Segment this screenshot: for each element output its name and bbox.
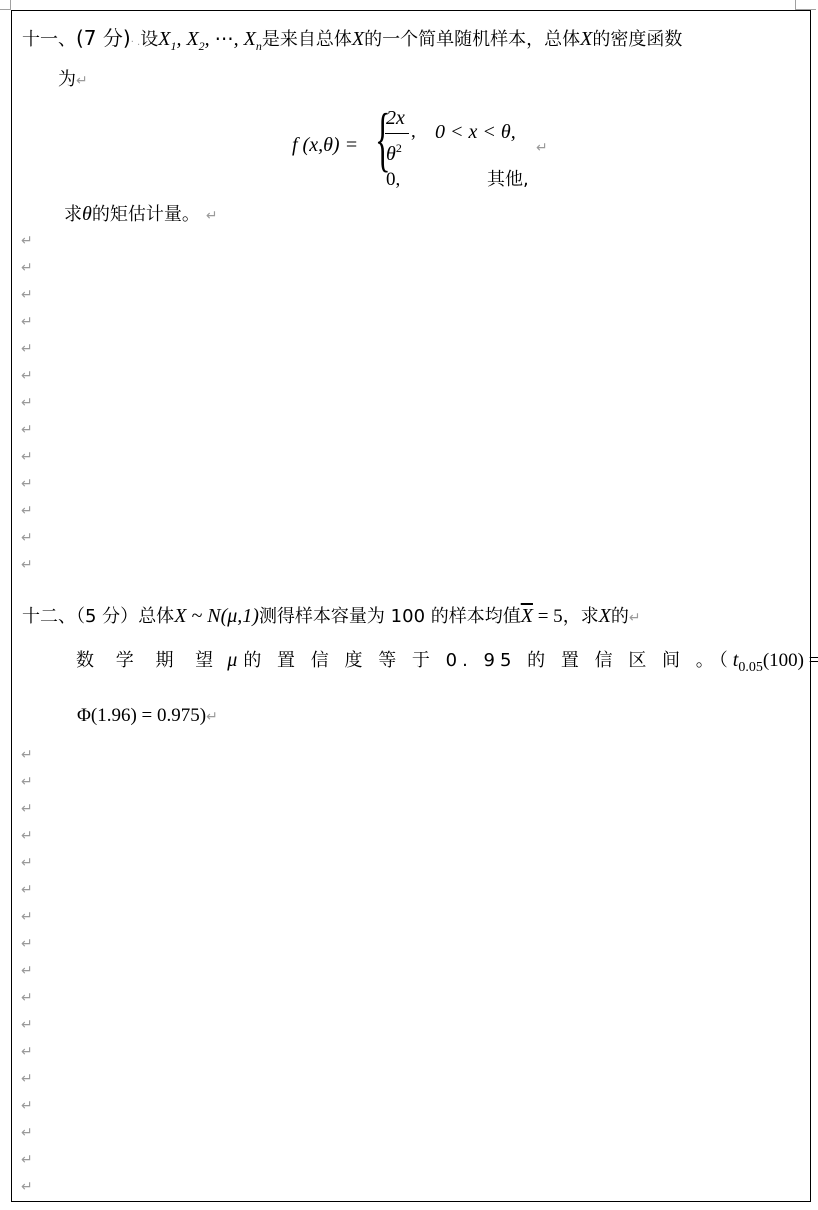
q11-text: 求 bbox=[64, 204, 82, 225]
empty-paragraph-mark: ↵ bbox=[21, 937, 33, 951]
q12-points: （5 分） bbox=[76, 606, 138, 627]
q12-text: 的 bbox=[611, 606, 629, 627]
empty-paragraph-mark: ↵ bbox=[21, 802, 33, 816]
empty-paragraph-mark: ↵ bbox=[21, 504, 33, 518]
q11-text: 的密度函数 bbox=[592, 29, 682, 50]
empty-paragraph-mark: ↵ bbox=[21, 288, 33, 302]
q12-number: 十二、 bbox=[22, 606, 76, 627]
comma: , bbox=[411, 120, 416, 144]
q11-line-2: 为↵ bbox=[58, 67, 88, 93]
fraction-bar bbox=[385, 133, 409, 134]
empty-paragraph-mark: ↵ bbox=[21, 261, 33, 275]
empty-paragraph-mark: ↵ bbox=[21, 910, 33, 924]
case1-condition: 0 < x < θ, bbox=[435, 120, 516, 144]
q11-number: 十一、 bbox=[22, 29, 76, 50]
q12-line-3: Φ(1.96) = 0.975)↵ bbox=[77, 703, 218, 729]
q12-text: 数 学 期 望 bbox=[76, 650, 221, 671]
sample-x1: X1, X2, ⋯, Xn bbox=[158, 28, 262, 50]
empty-paragraph-mark: ↵ bbox=[21, 423, 33, 437]
empty-paragraph-mark: ↵ bbox=[21, 991, 33, 1005]
distribution: X ~ N(μ,1) bbox=[174, 605, 259, 627]
q11-text: 是来自总体 bbox=[262, 29, 352, 50]
q12-text: ，求 bbox=[563, 606, 599, 627]
crop-mark-top-left bbox=[0, 0, 11, 10]
empty-paragraph-mark: ↵ bbox=[21, 315, 33, 329]
empty-paragraph-mark: ↵ bbox=[21, 450, 33, 464]
q11-text: 的矩估计量。 bbox=[92, 204, 200, 225]
mu: μ bbox=[227, 649, 237, 671]
t-value: (100) = 1.99, bbox=[763, 650, 818, 671]
phi-value: Φ(1.96) = 0.975) bbox=[77, 705, 206, 726]
empty-paragraph-mark: ↵ bbox=[21, 531, 33, 545]
q12-text: 总体 bbox=[138, 606, 174, 627]
q11-text: 设 bbox=[140, 29, 158, 50]
dots: · . bbox=[131, 37, 141, 48]
empty-paragraph-mark: ↵ bbox=[21, 234, 33, 248]
case2-value: 0, bbox=[386, 168, 400, 192]
var-x: X bbox=[599, 605, 611, 627]
paragraph-mark: ↵ bbox=[206, 208, 218, 224]
fraction-numerator: 2x bbox=[386, 106, 405, 130]
q11-points: (7 分) bbox=[76, 26, 131, 50]
empty-paragraph-mark: ↵ bbox=[21, 964, 33, 978]
formula-lhs: f (x,θ) = bbox=[292, 133, 358, 157]
q11-text: 的一个简单随机样本，总体 bbox=[364, 29, 580, 50]
empty-paragraph-mark: ↵ bbox=[21, 1045, 33, 1059]
empty-paragraph-mark: ↵ bbox=[21, 829, 33, 843]
q11-line-1: 十一、(7 分)· .设X1, X2, ⋯, Xn是来自总体X的一个简单随机样本… bbox=[22, 26, 682, 58]
q12-line-1: 十二、（5 分）总体X ~ N(μ,1)测得样本容量为 100 的样本均值X =… bbox=[22, 604, 641, 630]
q11-task: 求θ的矩估计量。 ↵ bbox=[64, 202, 218, 228]
empty-paragraph-mark: ↵ bbox=[21, 396, 33, 410]
empty-paragraph-mark: ↵ bbox=[21, 558, 33, 572]
theta: θ bbox=[82, 203, 92, 225]
empty-paragraph-mark: ↵ bbox=[21, 1153, 33, 1167]
empty-paragraph-mark: ↵ bbox=[21, 775, 33, 789]
empty-paragraph-mark: ↵ bbox=[21, 1099, 33, 1113]
empty-paragraph-mark: ↵ bbox=[21, 1018, 33, 1032]
paragraph-mark: ↵ bbox=[206, 709, 218, 725]
q11-text: 为 bbox=[58, 69, 76, 90]
q12-line-2: 数 学 期 望 μ 的 置 信 度 等 于 0. 95 的 置 信 区 间 。（… bbox=[76, 648, 818, 680]
paragraph-mark: ↵ bbox=[629, 610, 641, 626]
empty-paragraph-mark: ↵ bbox=[21, 856, 33, 870]
var-x: X bbox=[352, 28, 364, 50]
empty-paragraph-mark: ↵ bbox=[21, 1180, 33, 1194]
var-x: X bbox=[580, 28, 592, 50]
empty-paragraph-mark: ↵ bbox=[21, 883, 33, 897]
fraction-denominator: θ2 bbox=[386, 136, 402, 166]
sample-mean: X bbox=[521, 605, 533, 627]
t-subscript: 0.05 bbox=[738, 660, 763, 675]
empty-paragraph-mark: ↵ bbox=[21, 1072, 33, 1086]
q12-text: 测得样本容量为 100 的样本均值 bbox=[259, 606, 521, 627]
empty-paragraph-mark: ↵ bbox=[21, 477, 33, 491]
paragraph-mark: ↵ bbox=[76, 73, 88, 89]
empty-paragraph-mark: ↵ bbox=[21, 748, 33, 762]
empty-paragraph-mark: ↵ bbox=[21, 1126, 33, 1140]
empty-paragraph-mark: ↵ bbox=[21, 342, 33, 356]
case2-condition: 其他, bbox=[487, 168, 529, 192]
crop-mark-top-right bbox=[795, 0, 816, 10]
mean-value: = 5 bbox=[533, 606, 563, 627]
q12-text: 的 置 信 度 等 于 0. 95 的 置 信 区 间 。（ bbox=[243, 650, 732, 671]
paragraph-mark: ↵ bbox=[536, 136, 548, 160]
empty-paragraph-mark: ↵ bbox=[21, 369, 33, 383]
